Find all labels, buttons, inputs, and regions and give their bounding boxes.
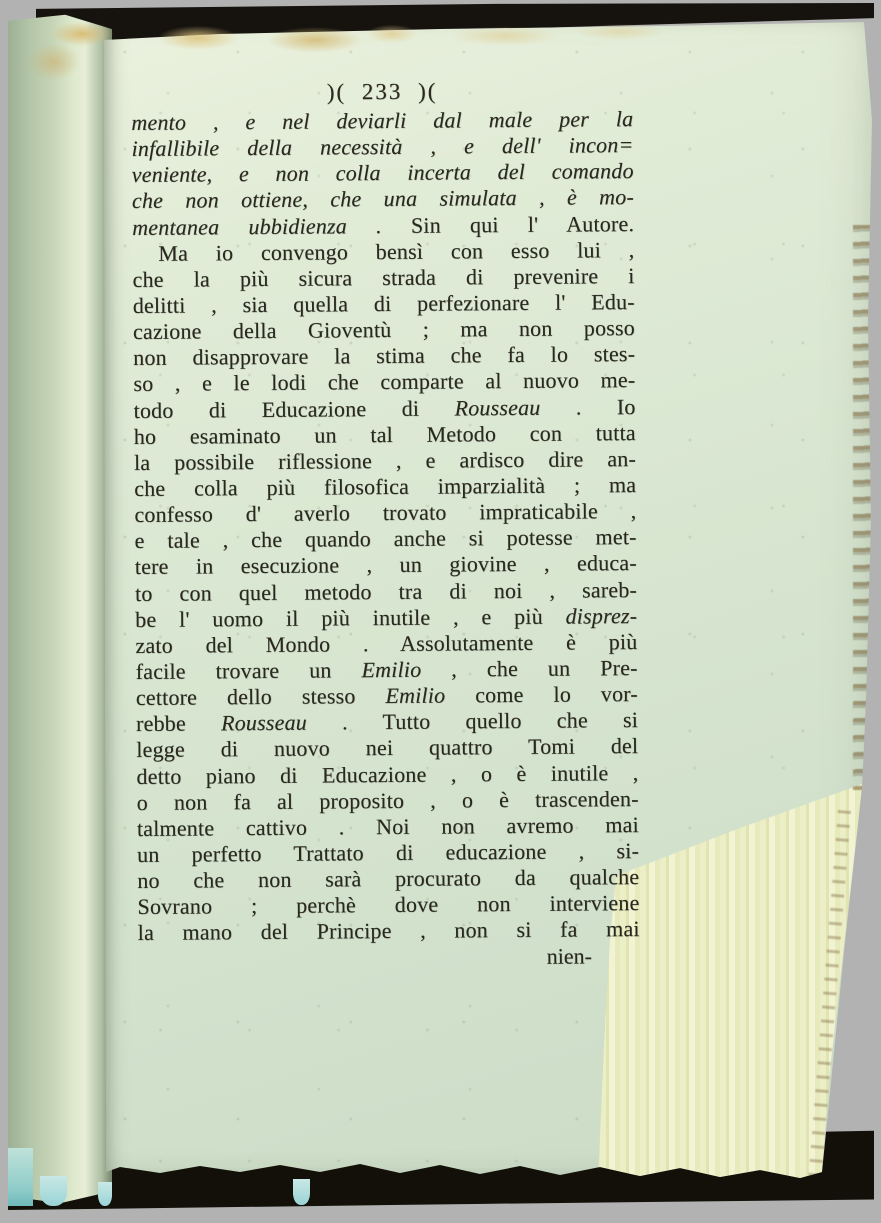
page-text-block: )( 233 )( mento , e nel deviarli dal mal… [131,76,640,973]
text-line: mento , e nel deviarli dal male per la [131,106,633,136]
text-line: Sovrano ; perchè dove non interviene [137,890,639,920]
top-edge-stains [30,10,690,66]
torn-deckle-edge-upper [853,225,871,790]
text-line: zato del Mondo . Assolutamente è più [135,629,637,659]
page-edge-tab [98,1182,112,1206]
text-line: mentanea ubbidienza . Sin qui l' Autore. [132,211,634,241]
text-line: ho esaminato un tal Metodo con tutta [134,420,636,450]
text-line: che la più sicura strada di prevenire i [132,263,634,293]
text-line: e tale , che quando anche si potesse met… [135,524,637,554]
text-line: confesso d' averlo trovato impraticabile… [134,498,636,528]
book-scan-photo: { "page": { "header": ")( 233 )(", "catc… [0,0,881,1223]
page-number: )( 233 )( [131,76,633,110]
text-line: tere in esecuzione , un giovine , educa- [135,550,637,580]
text-line: delitti , sia quella di perfezionare l' … [133,289,635,319]
book-cover-teal-edge [8,1148,33,1206]
text-line: facile trovare un Emilio , che un Pre- [136,655,638,685]
text-line: so , e le lodi che comparte al nuovo me- [133,367,635,397]
text-line: che colla più filosofica imparzialità ; … [134,472,636,502]
text-line: la possibile riflessione , e ardisco dir… [134,446,636,476]
text-line: detto piano di Educazione , o è inutile … [136,760,638,790]
text-line: no che non sarà procurato da qualche [137,864,639,894]
page-edge-tab [40,1176,67,1206]
text-line: veniente, e non colla incerta del comand… [132,158,634,188]
catchword: nien- [138,943,640,973]
text-lines: mento , e nel deviarli dal male per lain… [131,106,640,946]
text-line: non disapprovare la stima che fa lo stes… [133,341,635,371]
paper-stack: )( 233 )( mento , e nel deviarli dal mal… [100,20,875,1182]
text-line: rebbe Rousseau . Tutto quello che si [136,707,638,737]
text-line: cettore dello stesso Emilio come lo vor- [136,681,638,711]
text-line: legge di nuovo nei quattro Tomi del [136,733,638,763]
text-line: talmente cattivo . Noi non avremo mai [137,812,639,842]
text-line: o non fa al proposito , o è trascenden- [137,786,639,816]
text-line: to con quel metodo tra di noi , sareb- [135,577,637,607]
corner-stain [18,34,108,104]
text-line: che non ottiene, che una simulata , è mo… [132,184,634,214]
text-line: be l' uomo il più inutile , e più dispre… [135,603,637,633]
text-line: todo di Educazione di Rousseau . Io [133,394,635,424]
text-line: la mano del Principe , non si fa mai [138,916,640,946]
text-line: infallibile della necessità , e dell' in… [131,132,633,162]
text-line: un perfetto Trattato di educazione , si- [137,838,639,868]
page-edge-tab [293,1179,310,1205]
text-line: Ma io convengo bensì con esso lui , [132,237,634,267]
adjacent-page-gutter-edge [8,10,112,1208]
text-line: cazione della Gioventù ; ma non posso [133,315,635,345]
